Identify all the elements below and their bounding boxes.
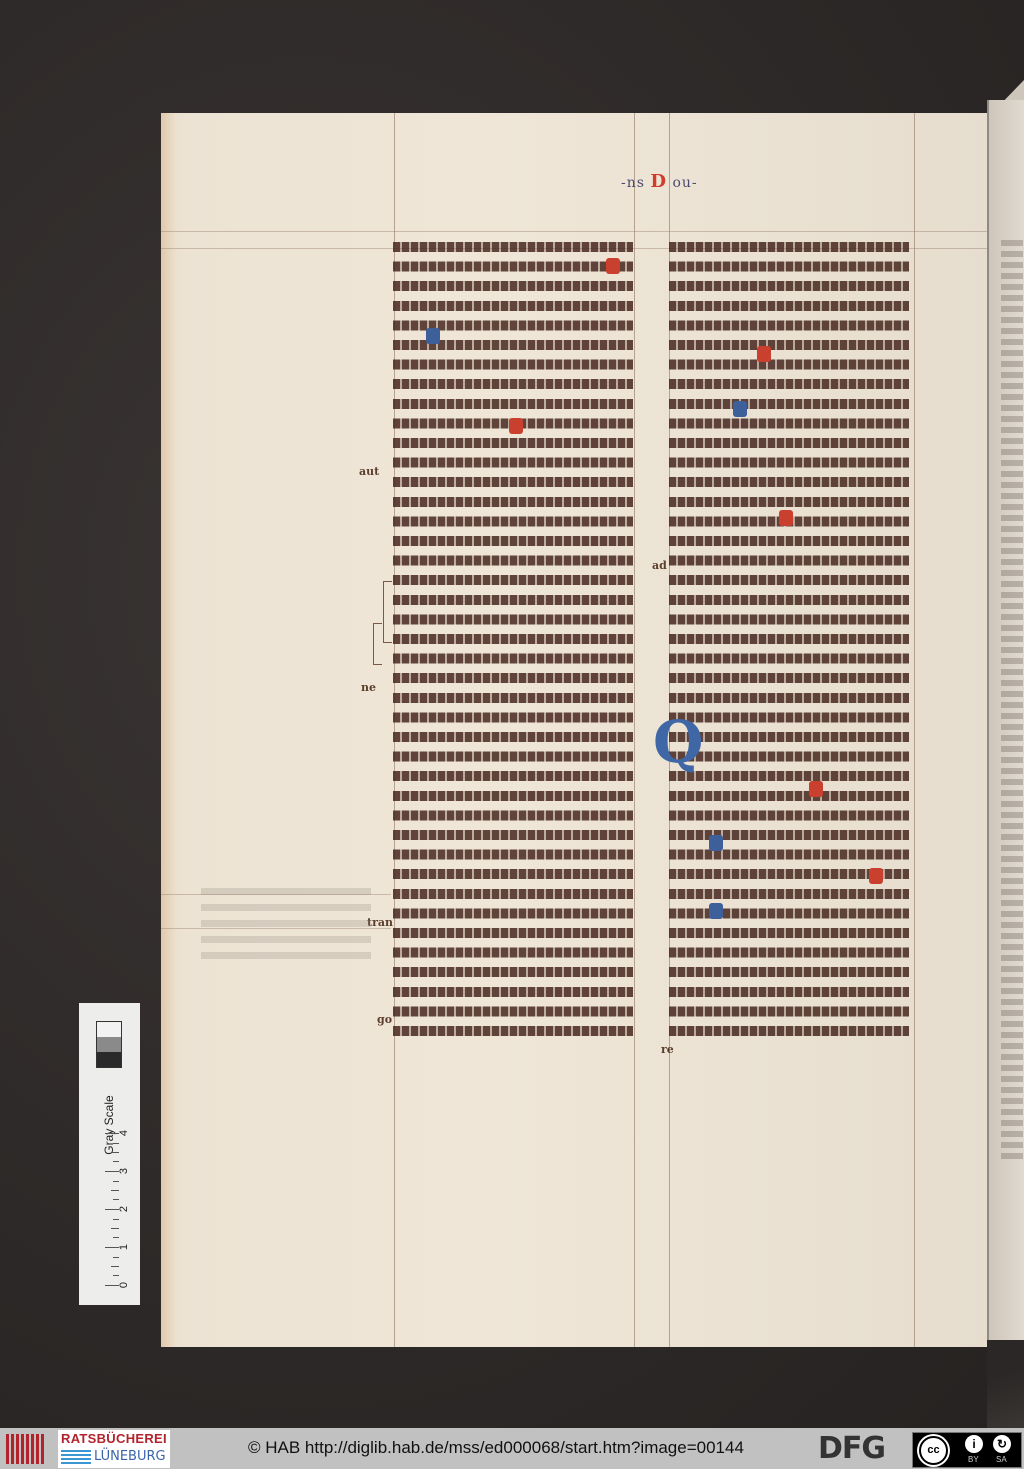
footer-bar: RATSBÜCHEREI LÜNEBURG © HAB http://digli… <box>0 1428 1024 1469</box>
copyright-link[interactable]: © HAB http://diglib.hab.de/mss/ed000068/… <box>248 1438 744 1458</box>
margin-note: ne <box>361 681 376 694</box>
red-rubric-mark <box>809 781 823 797</box>
cc-icon: cc <box>919 1436 948 1465</box>
red-rubric-mark <box>606 258 620 274</box>
running-head-left: -ns <box>621 175 645 191</box>
red-rubric-mark <box>869 868 883 884</box>
ruler-number: 4 <box>118 1130 130 1136</box>
margin-note: re <box>661 1043 674 1056</box>
running-head-initial: D <box>650 171 667 192</box>
facing-page <box>987 100 1024 1428</box>
ruler-number: 2 <box>118 1206 130 1212</box>
blue-rubric-mark <box>426 328 440 344</box>
license-sa-label: SA <box>996 1455 1007 1464</box>
running-head-right: ou- <box>672 175 697 191</box>
gothic-text-block <box>393 238 633 1038</box>
attribution-icon: i <box>965 1435 983 1453</box>
license-by-label: BY <box>968 1455 979 1464</box>
library-name-line2: LÜNEBURG <box>94 1449 166 1464</box>
gothic-text-block <box>669 238 909 1038</box>
ruling-line <box>634 113 635 1347</box>
swatch-gray <box>97 1037 121 1052</box>
blue-rubric-mark <box>733 401 747 417</box>
book-waves-icon <box>61 1450 91 1465</box>
red-rubric-mark <box>757 346 771 362</box>
ruling-line <box>161 231 987 232</box>
margin-note: go <box>377 1013 392 1026</box>
red-rubric-mark <box>779 510 793 526</box>
text-column-left <box>393 238 633 1038</box>
ruler-number: 3 <box>118 1168 130 1174</box>
dfg-logo[interactable]: DFG <box>818 1434 885 1464</box>
cm-ruler: 0 1 2 3 4 <box>101 1133 131 1288</box>
gray-scale-card: Gray Scale 0 1 2 3 4 <box>79 1003 140 1305</box>
blue-rubric-mark <box>709 835 723 851</box>
red-rubric-mark <box>509 418 523 434</box>
facing-page-fold <box>987 1340 1024 1428</box>
library-name-line1: RATSBÜCHEREI <box>61 1431 167 1446</box>
ruler-number: 1 <box>118 1244 130 1250</box>
text-column-right <box>669 238 909 1038</box>
manuscript-folio: -ns D ou- Q aut ne tran go ad re <box>161 113 987 1347</box>
margin-bracket <box>373 623 382 665</box>
margin-note: aut <box>359 465 379 478</box>
cc-license-badge[interactable]: cc i ↻ BY SA <box>912 1432 1022 1468</box>
swatch-white <box>97 1022 121 1037</box>
faint-pencil-note <box>201 888 371 968</box>
library-logo[interactable]: RATSBÜCHEREI LÜNEBURG <box>58 1430 170 1468</box>
margin-note: ad <box>652 559 667 572</box>
swatch-black <box>97 1052 121 1067</box>
folio-edge <box>161 113 175 1347</box>
ruling-line <box>914 113 915 1347</box>
blue-rubric-mark <box>709 903 723 919</box>
decorated-initial-q: Q <box>653 718 711 766</box>
running-head: -ns D ou- <box>621 171 698 192</box>
ruler-number: 0 <box>118 1282 130 1288</box>
share-alike-icon: ↻ <box>993 1435 1011 1453</box>
margin-bracket <box>383 581 392 643</box>
gray-swatches <box>96 1021 122 1068</box>
library-barcode-icon <box>6 1434 46 1464</box>
facing-page-text <box>1001 240 1023 1160</box>
